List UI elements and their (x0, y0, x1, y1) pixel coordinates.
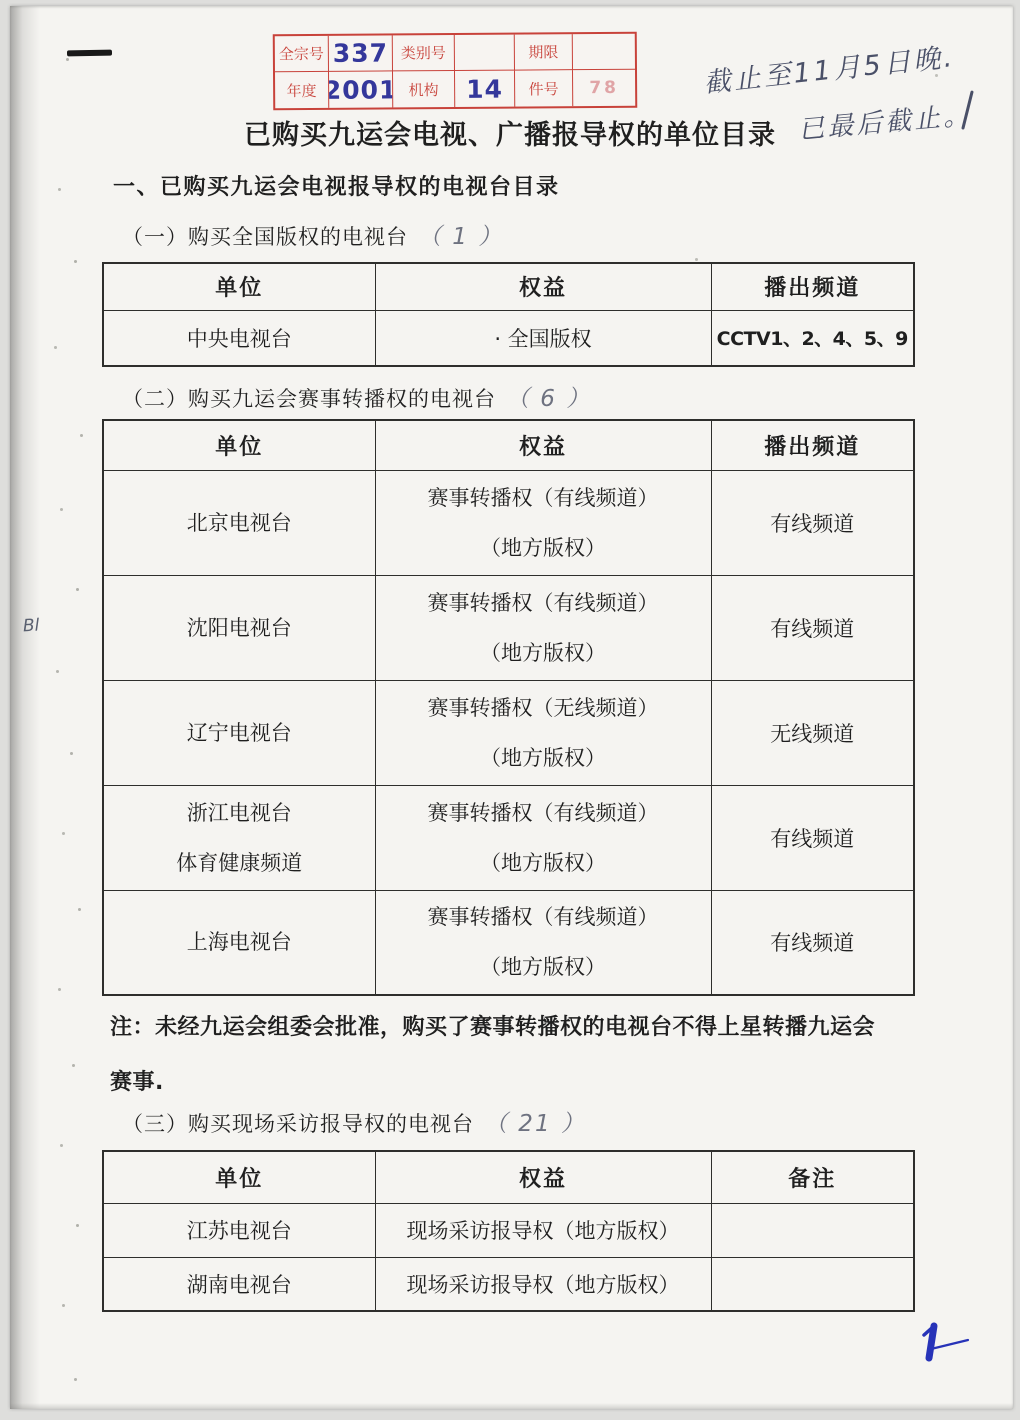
stamp-label-item: 件号 (515, 70, 573, 106)
table-row: 北京电视台 赛事转播权（有线频道）（地方版权） 有线频道 (103, 470, 914, 575)
subsection-3-count-handwritten: （ 21 ） (484, 1111, 586, 1137)
col-header-channel: 播出频道 (711, 263, 914, 310)
stamp-value-item: 78 (573, 70, 635, 106)
cell-unit: 江苏电视台 (103, 1203, 375, 1257)
handwritten-note-line1: 截止至11月5日晚. (702, 35, 957, 100)
table-row: 沈阳电视台 赛事转播权（有线频道）（地方版权） 有线频道 (103, 575, 914, 680)
table-header-row: 单位 权益 备注 (103, 1151, 914, 1203)
table-row: 中央电视台 · 全国版权 CCTV1、2、4、5、9 (103, 310, 914, 366)
col-header-remark: 备注 (711, 1151, 914, 1203)
table-broadcast-rights: 单位 权益 播出频道 北京电视台 赛事转播权（有线频道）（地方版权） 有线频道 … (102, 419, 915, 996)
col-header-unit: 单位 (103, 263, 375, 310)
subsection-3-label: （三）购买现场采访报导权的电视台 (122, 1112, 474, 1136)
unit-line1: 沈阳电视台 (108, 603, 371, 653)
table-row: 浙江电视台体育健康频道 赛事转播权（有线频道）（地方版权） 有线频道 (103, 785, 914, 890)
unit-line2: 体育健康频道 (108, 838, 371, 888)
subsection-1-label: （一）购买全国版权的电视台 (122, 225, 408, 249)
table-national-rights: 单位 权益 播出频道 中央电视台 · 全国版权 CCTV1、2、4、5、9 (102, 262, 915, 367)
cell-channel: 无线频道 (711, 680, 914, 785)
cell-remark (711, 1257, 914, 1311)
rights-line2: （地方版权） (380, 733, 707, 783)
cell-rights: 赛事转播权（有线频道）（地方版权） (375, 575, 711, 680)
cell-rights: 赛事转播权（有线频道）（地方版权） (375, 890, 711, 995)
subsection-2-heading: （二）购买九运会赛事转播权的电视台（ 6 ） (122, 380, 591, 413)
unit-line1: 辽宁电视台 (108, 708, 371, 758)
rights-line1: 赛事转播权（有线频道） (380, 892, 707, 942)
col-header-channel: 播出频道 (711, 420, 914, 470)
cell-channel: CCTV1、2、4、5、9 (711, 310, 914, 366)
subsection-2-count-handwritten: （ 6 ） (506, 386, 591, 412)
cell-unit: 北京电视台 (103, 470, 375, 575)
col-header-unit: 单位 (103, 420, 375, 470)
cell-rights: 现场采访报导权（地方版权） (375, 1203, 711, 1257)
cell-unit: 辽宁电视台 (103, 680, 375, 785)
col-header-rights: 权益 (375, 263, 711, 310)
rights-line2: （地方版权） (380, 942, 707, 992)
cell-unit: 浙江电视台体育健康频道 (103, 785, 375, 890)
rights-line2: （地方版权） (380, 523, 707, 573)
stamp-value-term (573, 34, 635, 70)
table-row: 上海电视台 赛事转播权（有线频道）（地方版权） 有线频道 (103, 890, 914, 995)
handwritten-page-number (908, 1318, 980, 1374)
col-header-unit: 单位 (103, 1151, 375, 1203)
rights-line1: 赛事转播权（无线频道） (380, 683, 707, 733)
table-row: 辽宁电视台 赛事转播权（无线频道）（地方版权） 无线频道 (103, 680, 914, 785)
cell-unit: 湖南电视台 (103, 1257, 375, 1311)
subsection-1-count-handwritten: （ 1 ） (418, 224, 503, 250)
cell-channel: 有线频道 (711, 785, 914, 890)
cell-channel: 有线频道 (711, 575, 914, 680)
cell-remark (711, 1203, 914, 1257)
note-line2: 赛事. (110, 1065, 925, 1096)
unit-line1: 上海电视台 (108, 917, 371, 967)
stamp-value-year: 2001 (329, 71, 393, 107)
top-left-dash-mark (67, 50, 112, 57)
paper-page: 全宗号 337 类别号 期限 年度 2001 机构 14 件号 78 截止至11… (10, 6, 1013, 1409)
cell-rights: 赛事转播权（有线频道）（地方版权） (375, 470, 711, 575)
col-header-rights: 权益 (375, 420, 711, 470)
cell-rights: 赛事转播权（无线频道）（地方版权） (375, 680, 711, 785)
cell-unit: 上海电视台 (103, 890, 375, 995)
document-title: 已购买九运会电视、广播报导权的单位目录 (10, 113, 1010, 152)
stamp-value-fonds: 337 (329, 35, 393, 71)
subsection-1-heading: （一）购买全国版权的电视台（ 1 ） (122, 218, 503, 251)
cell-rights: 现场采访报导权（地方版权） (375, 1257, 711, 1311)
table-row: 湖南电视台 现场采访报导权（地方版权） (103, 1257, 914, 1311)
cell-rights: 赛事转播权（有线频道）（地方版权） (375, 785, 711, 890)
section-1-heading: 一、已购买九运会电视报导权的电视台目录 (113, 170, 560, 201)
cell-unit: 沈阳电视台 (103, 575, 375, 680)
page-number-1-stroke (908, 1318, 980, 1370)
unit-line1: 北京电视台 (108, 498, 371, 548)
cell-channel: 有线频道 (711, 470, 914, 575)
cell-rights: · 全国版权 (375, 310, 711, 366)
stamp-label-year: 年度 (275, 72, 329, 108)
col-header-rights: 权益 (375, 1151, 711, 1203)
cell-unit: 中央电视台 (103, 310, 375, 366)
table-header-row: 单位 权益 播出频道 (103, 420, 914, 470)
stamp-label-fonds: 全宗号 (275, 36, 329, 72)
scan-speckles (40, 46, 43, 49)
cell-channel: 有线频道 (711, 890, 914, 995)
stamp-value-org: 14 (455, 71, 515, 107)
subsection-2-label: （二）购买九运会赛事转播权的电视台 (122, 387, 496, 411)
stamp-label-term: 期限 (515, 34, 573, 70)
stamp-label-org: 机构 (393, 71, 455, 107)
rights-line2: （地方版权） (380, 838, 707, 888)
rights-line1: 赛事转播权（有线频道） (380, 788, 707, 838)
scanned-document: 全宗号 337 类别号 期限 年度 2001 机构 14 件号 78 截止至11… (0, 0, 1020, 1420)
subsection-3-heading: （三）购买现场采访报导权的电视台（ 21 ） (122, 1105, 586, 1138)
rights-line1: 赛事转播权（有线频道） (380, 473, 707, 523)
archive-stamp: 全宗号 337 类别号 期限 年度 2001 机构 14 件号 78 (273, 32, 638, 111)
stamp-label-class: 类别号 (393, 35, 455, 71)
rights-line2: （地方版权） (380, 628, 707, 678)
rights-line1: 赛事转播权（有线频道） (380, 578, 707, 628)
stamp-value-class (455, 35, 515, 71)
table-interview-rights: 单位 权益 备注 江苏电视台 现场采访报导权（地方版权） 湖南电视台 现场采访报… (102, 1150, 915, 1312)
margin-mark: Bl (22, 616, 39, 637)
note-line1: 注：未经九运会组委会批准，购买了赛事转播权的电视台不得上星转播九运会 (110, 1010, 925, 1041)
unit-line1: 浙江电视台 (108, 788, 371, 838)
table-row: 江苏电视台 现场采访报导权（地方版权） (103, 1203, 914, 1257)
table-header-row: 单位 权益 播出频道 (103, 263, 914, 310)
